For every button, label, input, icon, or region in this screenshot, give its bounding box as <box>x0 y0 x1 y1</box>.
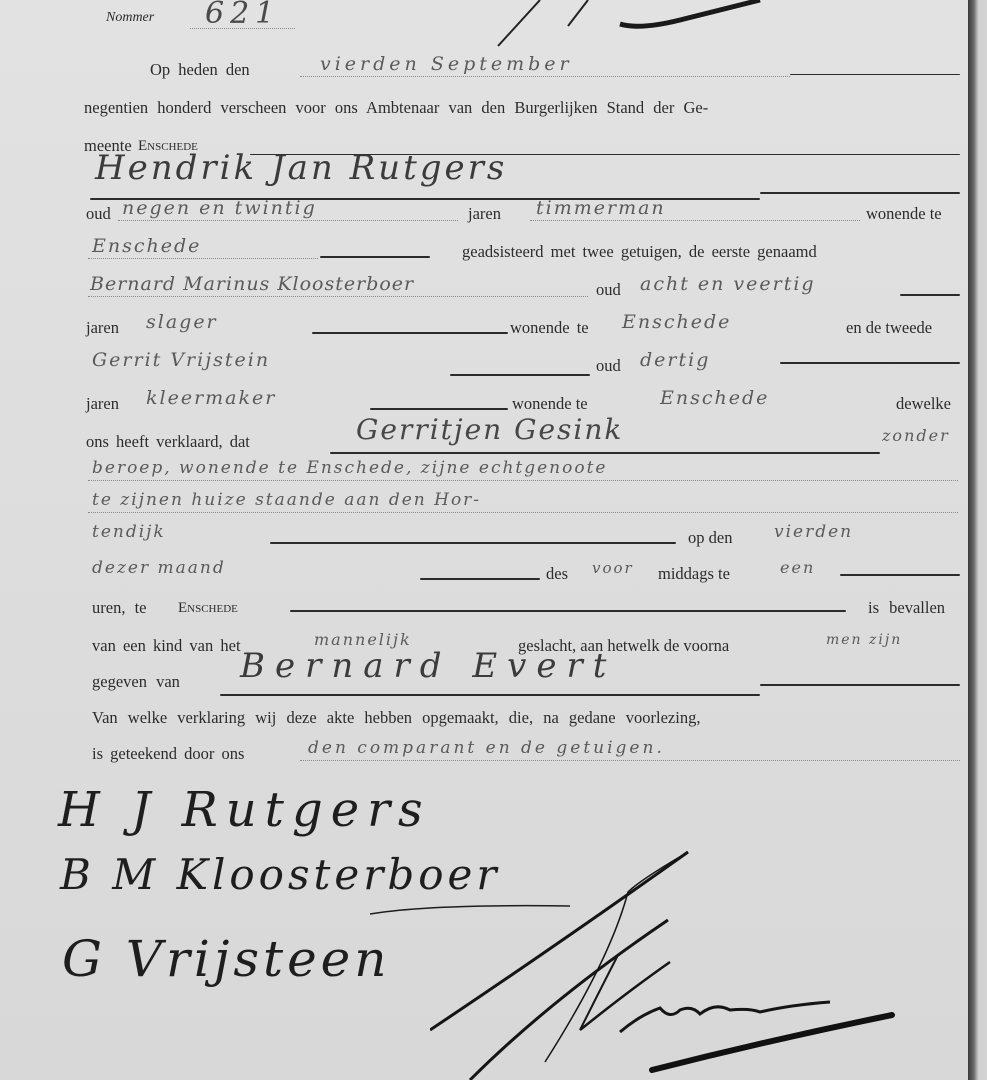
fill-line <box>300 76 790 77</box>
fill-line <box>88 258 318 259</box>
fill-rule <box>370 408 508 410</box>
fill-rule <box>760 192 960 194</box>
printed-text: dewelke <box>896 392 951 416</box>
fill-rule <box>270 542 676 544</box>
witness-2-occupation: kleermaker <box>146 386 276 410</box>
fill-rule <box>312 332 508 334</box>
printed-text: en de tweede <box>846 316 932 340</box>
printed-text: negentien honderd verscheen voor ons Amb… <box>84 96 708 120</box>
fill-rule <box>790 74 960 75</box>
printed-text: oud <box>596 278 621 302</box>
child-name: Bernard Evert <box>240 654 616 678</box>
fill-rule <box>450 374 590 376</box>
printed-text: gegeven van <box>92 670 180 694</box>
printed-text: geadsisteerd met twee getuigen, de eerst… <box>462 240 817 264</box>
fill-rule <box>420 578 540 580</box>
signature-witness-2: G Vrijsteen <box>62 930 390 988</box>
printed-text: jaren <box>86 392 119 416</box>
nummer-value: 621 <box>205 0 280 31</box>
declarant-name: Hendrik Jan Rutgers <box>95 156 507 180</box>
printed-text: Van welke verklaring wij deze akte hebbe… <box>92 706 700 730</box>
witness-1-residence: Enschede <box>622 310 731 334</box>
nummer-label: Nommer <box>106 10 154 26</box>
printed-text: oud <box>86 202 111 226</box>
fill-rule <box>330 452 880 454</box>
printed-text: jaren <box>86 316 119 340</box>
printed-text: Op heden den <box>150 58 250 82</box>
handwritten-month: dezer maand <box>92 556 226 580</box>
handwritten-text: te zijnen huize staande aan den Hor- <box>92 488 481 512</box>
fill-line <box>300 760 960 761</box>
fill-line <box>88 296 588 297</box>
fill-line <box>88 480 958 481</box>
fill-rule <box>220 694 760 696</box>
signature-declarant: H J Rutgers <box>58 782 431 838</box>
handwritten-occupation: timmerman <box>536 196 666 220</box>
handwritten-text: beroep, wonende te Enschede, zijne echtg… <box>92 456 608 480</box>
handwritten-text: men zijn <box>826 628 902 652</box>
witness-1-age: acht en veertig <box>640 272 816 296</box>
printed-text: wonende te <box>866 202 942 226</box>
printed-text: is geteekend door ons <box>92 742 244 766</box>
header-flourish-strokes <box>480 0 780 60</box>
handwritten-date: vierden September <box>320 52 573 76</box>
handwritten-text: den comparant en de getuigen. <box>308 736 665 760</box>
handwritten-text: zonder <box>882 424 950 448</box>
fill-rule <box>780 362 960 364</box>
fill-rule <box>900 294 960 296</box>
handwritten-text: tendijk <box>92 520 166 544</box>
fill-rule <box>760 684 960 686</box>
printed-text: ons heeft verklaard, dat <box>86 430 250 454</box>
witness-1-name: Bernard Marinus Kloosterboer <box>90 272 414 296</box>
printed-text: wonende te <box>510 316 589 340</box>
printed-text: van een kind van het <box>92 634 241 658</box>
printed-text: uren, te <box>92 596 146 620</box>
witness-2-name: Gerrit Vrijstein <box>92 348 270 372</box>
fill-rule <box>320 256 430 258</box>
fill-rule <box>290 610 846 612</box>
fill-line <box>88 512 958 513</box>
fill-rule <box>840 574 960 576</box>
printed-text: is bevallen <box>868 596 945 620</box>
printed-text: middags te <box>658 562 730 586</box>
signature-official <box>430 840 987 1080</box>
witness-2-residence: Enschede <box>660 386 769 410</box>
printed-text: oud <box>596 354 621 378</box>
printed-text: jaren <box>468 202 501 226</box>
printed-place: Enschede <box>178 596 238 620</box>
handwritten-age: negen en twintig <box>122 196 317 220</box>
handwritten-time-of-day: voor <box>592 556 634 580</box>
witness-1-occupation: slager <box>146 310 218 334</box>
fill-line <box>118 220 458 221</box>
witness-2-age: dertig <box>640 348 710 372</box>
fill-line <box>530 220 860 221</box>
nummer-underline <box>190 28 295 29</box>
handwritten-day: vierden <box>774 520 853 544</box>
handwritten-residence: Enschede <box>92 234 201 258</box>
mother-name: Gerritjen Gesink <box>356 418 623 442</box>
handwritten-hour: een <box>780 556 815 580</box>
printed-text: op den <box>688 526 732 550</box>
printed-text: des <box>546 562 568 586</box>
